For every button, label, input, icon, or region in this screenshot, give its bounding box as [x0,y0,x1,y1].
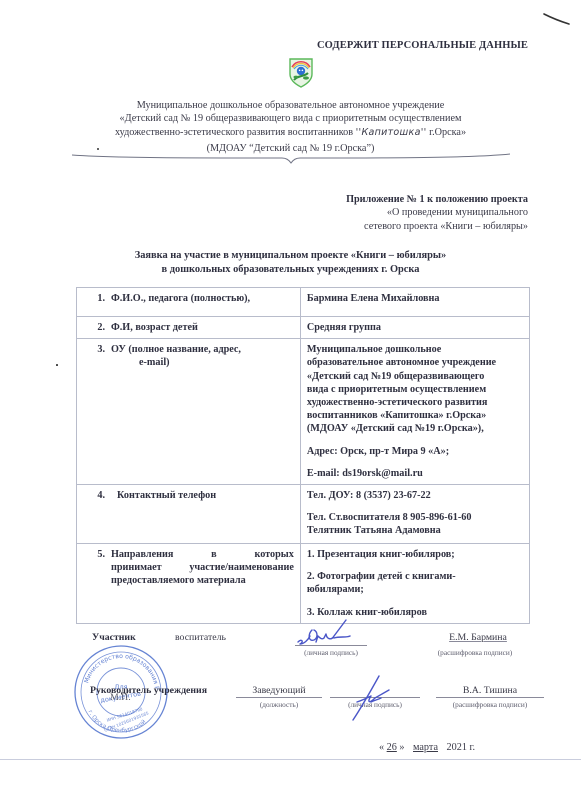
table-row: 1.Ф.И.О., педагога (полностью), Бармина … [77,288,530,317]
contact-phone-value: Тел. ДОУ: 8 (3537) 23-67-22 Тел. Ст.восп… [300,485,529,544]
stray-dot [97,148,99,150]
row-label: 3.ОУ (полное название, адрес, e-mail) [77,339,301,485]
participant-signature [294,618,364,648]
table-row: 2.Ф.И, возраст детей Средняя группа [77,317,530,339]
children-group-value: Средняя группа [300,317,529,339]
participant-name: Е.М. Бармина [428,632,528,643]
stray-dot [56,364,58,366]
org-line-3: художественно-эстетического развития вос… [40,126,541,139]
participant-name-caption: (расшифровка подписи) [420,648,530,657]
appendix-reference: Приложение № 1 к положению проекта «О пр… [346,193,528,233]
application-title: Заявка на участие в муниципальном проект… [60,249,521,276]
head-position: Заведующий [236,685,322,696]
appendix-line-2: «О проведении муниципального [346,206,528,219]
header-divider-brace [72,153,510,165]
appendix-line-3: сетевого проекта «Книги – юбиляры» [346,220,528,233]
head-name-caption: (расшифровка подписи) [436,700,544,709]
institution-address: Адрес: Орск, пр-т Мира 9 «А»; [307,445,523,458]
appendix-title: Приложение № 1 к положению проекта [346,193,528,206]
row-label: 4.Контактный телефон [77,485,301,544]
head-signature [345,672,405,724]
materials-value: 1. Презентация книг-юбиляров; 2. Фотогра… [300,544,529,624]
application-form-table: 1.Ф.И.О., педагога (полностью), Бармина … [76,287,530,624]
seal-label: М.П. [110,692,131,703]
kindergarten-logo-icon [287,56,315,88]
head-of-institution-label: Руководитель учреждения [90,685,207,696]
org-line-2: «Детский сад № 19 общеразвивающего вида … [40,112,541,125]
table-row: 5. Направления в которых принимает участ… [77,544,530,624]
row-label: 5. Направления в которых принимает участ… [77,544,301,624]
page-bottom-rule [0,759,581,760]
org-line-1: Муниципальное дошкольное образовательное… [40,99,541,112]
row-label: 1.Ф.И.О., педагога (полностью), [77,288,301,317]
document-date: « 26 » марта 2021 г. [379,742,475,753]
table-row: 4.Контактный телефон Тел. ДОУ: 8 (3537) … [77,485,530,544]
participant-label: Участник [92,632,136,643]
kindergarten-name: ''Капитошка'' [356,127,427,138]
personal-data-notice: СОДЕРЖИТ ПЕРСОНАЛЬНЫЕ ДАННЫЕ [0,40,528,51]
head-name: В.А. Тишина [436,685,544,696]
table-row: 3.ОУ (полное название, адрес, e-mail) Му… [77,339,530,485]
row-label: 2.Ф.И, возраст детей [77,317,301,339]
date-day: 26 [387,742,397,753]
head-position-caption: (должность) [236,700,322,709]
teacher-name-value: Бармина Елена Михайловна [300,288,529,317]
head-position-line [236,697,322,698]
institution-value: Муниципальное дошкольное образовательное… [300,339,529,485]
date-month: марта [407,742,444,753]
participant-signature-caption: (личная подпись) [295,648,367,657]
pen-stroke-mark [542,12,572,26]
head-name-line [436,697,544,698]
institution-email[interactable]: E-mail: ds19orsk@mail.ru [307,467,523,480]
participant-position: воспитатель [175,632,226,643]
organization-name: Муниципальное дошкольное образовательное… [40,99,541,139]
